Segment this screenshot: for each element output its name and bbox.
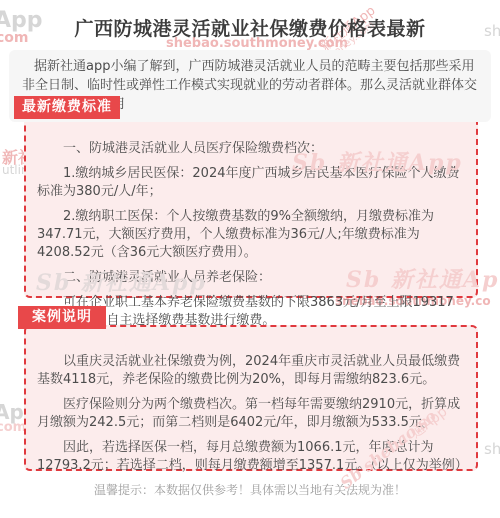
infographic-page: App com shebao.southmoney.com 新社通App mon…	[0, 0, 500, 518]
case-paragraph: 以重庆灵活就业社保缴费为例，2024年重庆市灵活就业人员最低缴费基数4118元，…	[37, 353, 464, 389]
section-badge-case-example: 案例说明	[18, 306, 106, 329]
standards-box: 一、防城港灵活就业人员医疗保险缴费档次： 1.缴纳城乡居民医保：2024年度广西…	[24, 112, 478, 298]
disclaimer-note: 温馨提示：本数据仅供参考！具体需以当地有关法规为准！	[0, 481, 500, 498]
section-badge-latest-standards: 最新缴费标准	[14, 96, 120, 119]
standards-paragraph: 1.缴纳城乡居民医保：2024年度广西城乡居民基本医疗保险个人缴费标准为380元…	[37, 165, 464, 201]
watermark-sh-right-bottom: sh	[484, 440, 500, 458]
standards-paragraph: 2.缴纳职工医保：个人按缴费基数的9%全额缴纳，月缴费标准为347.71元，大额…	[37, 208, 464, 262]
page-title: 广西防城港灵活就业社保缴费价格表最新	[0, 14, 500, 41]
standards-paragraph: 二、防城港灵活就业人员养老保险：	[37, 269, 464, 287]
standards-paragraph: 一、防城港灵活就业人员医疗保险缴费档次：	[37, 140, 464, 158]
case-example-box: 以重庆灵活就业社保缴费为例，2024年重庆市灵活就业人员最低缴费基数4118元，…	[24, 325, 478, 471]
case-example-box-content: 以重庆灵活就业社保缴费为例，2024年重庆市灵活就业人员最低缴费基数4118元，…	[26, 327, 476, 475]
standards-box-content: 一、防城港灵活就业人员医疗保险缴费档次： 1.缴纳城乡居民医保：2024年度广西…	[26, 114, 476, 330]
case-paragraph: 医疗保险则分为两个缴费档次。第一档每年需要缴纳2910元，折算成月缴额为242.…	[37, 396, 464, 432]
watermark-com-bottom-left: com	[0, 420, 26, 435]
case-paragraph: 因此，若选择医保一档，每月总缴费额为1066.1元，年度总计为12793.2元；…	[37, 439, 464, 475]
